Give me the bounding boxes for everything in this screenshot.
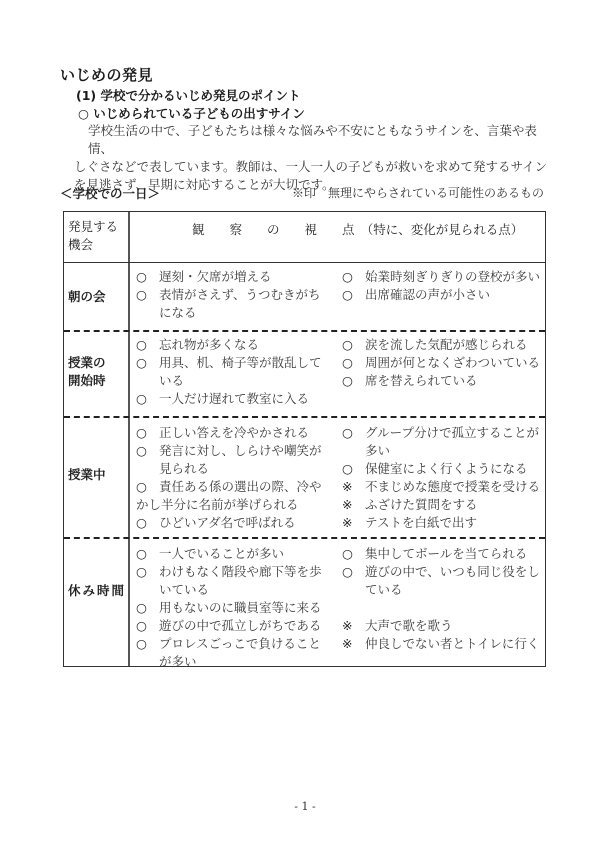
sign-text: 仲良しでない者とトイレに行く	[342, 635, 539, 653]
row-divider	[64, 537, 545, 539]
circle-mark-icon: ○	[136, 514, 154, 532]
row-label-during-class: 授業中	[68, 466, 106, 484]
sign-text: ふざけた質問をする	[342, 496, 478, 514]
row-label-break-time: 休み時間	[68, 582, 126, 600]
sign-item: ○集中してボールを当てられる	[342, 545, 527, 563]
sign-text: 始業時刻ぎりぎりの登校が多い	[342, 268, 540, 286]
sign-item: ※ふざけた質問をする	[342, 496, 478, 514]
sign-item: ○席を替えられている	[342, 372, 478, 390]
sign-item: ○わけもなく階段や廊下等を歩いている	[136, 563, 322, 599]
sign-item: ○周囲が何となくざわついている	[342, 354, 540, 372]
reference-mark-icon: ※	[342, 617, 360, 635]
header-opportunity-line: 機会	[68, 236, 118, 254]
sign-text: プロレスごっこで負けること	[136, 635, 321, 653]
sign-text: 周囲が何となくざわついている	[342, 354, 540, 372]
sign-text: わけもなく階段や廊下等を歩	[136, 563, 322, 581]
sign-text: 遊びの中で孤立しがちである	[136, 617, 321, 635]
row-divider	[64, 330, 545, 332]
sign-text: 用具、机、椅子等が散乱して	[136, 354, 322, 372]
sign-text: ひどいアダ名で呼ばれる	[136, 514, 296, 532]
sign-item: ○プロレスごっこで負けることが多い	[136, 635, 321, 671]
observation-table: 発見する 機会 観 察 の 視 点 （特に、変化が見られる点） 朝の会 ○遅刻・…	[63, 211, 546, 667]
header-observation-points: 観 察 の 視 点 （特に、変化が見られる点）	[192, 220, 523, 238]
sign-text: 責任ある係の選出の際、冷や	[136, 478, 322, 496]
sign-text: 集中してボールを当てられる	[342, 545, 527, 563]
subsection-heading: ○ いじめられている子どもの出すサイン	[78, 104, 305, 122]
sign-text: 用もないのに職員室等に来る	[136, 599, 322, 617]
circle-mark-icon: ○	[136, 599, 154, 617]
circle-mark-icon: ○	[136, 478, 154, 496]
sign-text: 一人でいることが多い	[136, 545, 284, 563]
circle-mark-icon: ○	[136, 545, 154, 563]
sign-item: ○遊びの中で、いつも同じ役をしている	[342, 563, 540, 599]
sign-text: 発言に対し、しらけや嘲笑が	[136, 442, 322, 460]
row-divider	[64, 416, 545, 418]
sign-text: 遊びの中で、いつも同じ役をし	[342, 563, 540, 581]
sign-text-cont: 見られる	[136, 460, 322, 478]
sign-text-cont: 多い	[342, 442, 539, 460]
sign-text-cont: いる	[136, 372, 322, 390]
circle-mark-icon: ○	[342, 354, 360, 372]
reference-mark-icon: ※	[342, 496, 360, 514]
reference-mark-icon: ※	[342, 514, 360, 532]
circle-mark-icon: ○	[136, 286, 154, 304]
sign-text: 遅刻・欠席が増える	[136, 268, 272, 286]
sign-item: ○グループ分けで孤立することが多い	[342, 424, 539, 460]
circle-mark-icon: ○	[342, 336, 360, 354]
sign-text: グループ分けで孤立することが	[342, 424, 539, 442]
header-opportunity: 発見する 機会	[68, 218, 118, 254]
sign-item: ○忘れ物が多くなる	[136, 336, 259, 354]
sign-item: ○発言に対し、しらけや嘲笑が見られる	[136, 442, 322, 478]
sign-text: 出席確認の声が小さい	[342, 286, 490, 304]
sign-item: ※不まじめな態度で授業を受ける	[342, 478, 540, 496]
header-opportunity-line: 発見する	[68, 218, 118, 236]
day-heading-text: ＜学校での一日＞	[60, 186, 160, 201]
sign-item: ○ひどいアダ名で呼ばれる	[136, 514, 296, 532]
row-label-line: 開始時	[68, 372, 106, 390]
sign-item: ○涙を流した気配が感じられる	[342, 336, 528, 354]
sign-item: ○出席確認の声が小さい	[342, 286, 490, 304]
sign-text-cont: になる	[136, 304, 321, 322]
circle-mark-icon: ○	[136, 563, 154, 581]
sign-item: ○用具、机、椅子等が散乱している	[136, 354, 322, 390]
reference-mark-icon: ※	[342, 478, 360, 496]
circle-mark-icon: ○	[342, 268, 360, 286]
sign-item: ○一人だけ遅れて教室に入る	[136, 390, 309, 408]
legend-note: ※印 無理にやらされている可能性のあるもの	[292, 184, 544, 201]
row-label-class-start: 授業の 開始時	[68, 354, 106, 390]
circle-mark-icon: ○	[136, 617, 154, 635]
sign-item: ○責任ある係の選出の際、冷やかし半分に名前が挙げられる	[136, 478, 322, 514]
sign-item: ○遊びの中で孤立しがちである	[136, 617, 321, 635]
sign-text: 正しい答えを冷やかされる	[136, 424, 309, 442]
sign-text-cont: かし半分に名前が挙げられる	[136, 496, 322, 514]
sign-text-cont: いている	[136, 581, 322, 599]
circle-mark-icon: ○	[136, 442, 154, 460]
row-label-line: 授業の	[68, 354, 106, 372]
circle-mark-icon: ○	[342, 545, 360, 563]
sign-text: 忘れ物が多くなる	[136, 336, 259, 354]
page-number: - 1 -	[0, 800, 610, 813]
circle-mark-icon: ○	[136, 424, 154, 442]
circle-mark-icon: ○	[136, 268, 154, 286]
sign-item: ○正しい答えを冷やかされる	[136, 424, 309, 442]
sign-item: ○保健室によく行くようになる	[342, 460, 528, 478]
circle-mark-icon: ○	[342, 372, 360, 390]
circle-mark-icon: ○	[136, 635, 154, 653]
sign-item: ※大声で歌を歌う	[342, 617, 453, 635]
column-divider	[128, 212, 130, 666]
row-label-morning-meeting: 朝の会	[68, 288, 106, 306]
sign-text: 保健室によく行くようになる	[342, 460, 528, 478]
sign-text: 席を替えられている	[342, 372, 478, 390]
circle-mark-icon: ○	[342, 286, 360, 304]
circle-mark-icon: ○	[136, 390, 154, 408]
paragraph-line: しぐさなどで表しています。教師は、一人一人の子どもが救いを求めて発するサイン	[74, 158, 554, 176]
circle-mark-icon: ○	[342, 424, 360, 442]
sign-item: ○始業時刻ぎりぎりの登校が多い	[342, 268, 540, 286]
sign-text-cont: が多い	[136, 653, 321, 671]
sign-text: 不まじめな態度で授業を受ける	[342, 478, 540, 496]
sign-text: テストを白紙で出す	[342, 514, 477, 532]
section-heading: (1) 学校で分かるいじめ発見のポイント	[76, 86, 300, 104]
day-heading: ＜学校での一日＞	[60, 184, 160, 202]
sign-text: 一人だけ遅れて教室に入る	[136, 390, 309, 408]
sign-item: ○用もないのに職員室等に来る	[136, 599, 322, 617]
sign-item: ※仲良しでない者とトイレに行く	[342, 635, 539, 653]
circle-mark-icon: ○	[342, 563, 360, 581]
sign-item: ○一人でいることが多い	[136, 545, 284, 563]
circle-mark-icon: ○	[136, 354, 154, 372]
document-title: いじめの発見	[60, 64, 153, 85]
circle-mark-icon: ○	[136, 336, 154, 354]
sign-item: ※テストを白紙で出す	[342, 514, 477, 532]
reference-mark-icon: ※	[342, 635, 360, 653]
sign-item: ○遅刻・欠席が増える	[136, 268, 272, 286]
paragraph-line: 学校生活の中で、子どもたちは様々な悩みや不安にともなうサインを、言葉や表情、	[74, 122, 554, 158]
sign-text: 表情がさえず、うつむきがち	[136, 286, 321, 304]
sign-item: ○表情がさえず、うつむきがちになる	[136, 286, 321, 322]
sign-text-cont: ている	[342, 581, 540, 599]
circle-mark-icon: ○	[342, 460, 360, 478]
header-divider	[64, 262, 545, 263]
sign-text: 涙を流した気配が感じられる	[342, 336, 528, 354]
